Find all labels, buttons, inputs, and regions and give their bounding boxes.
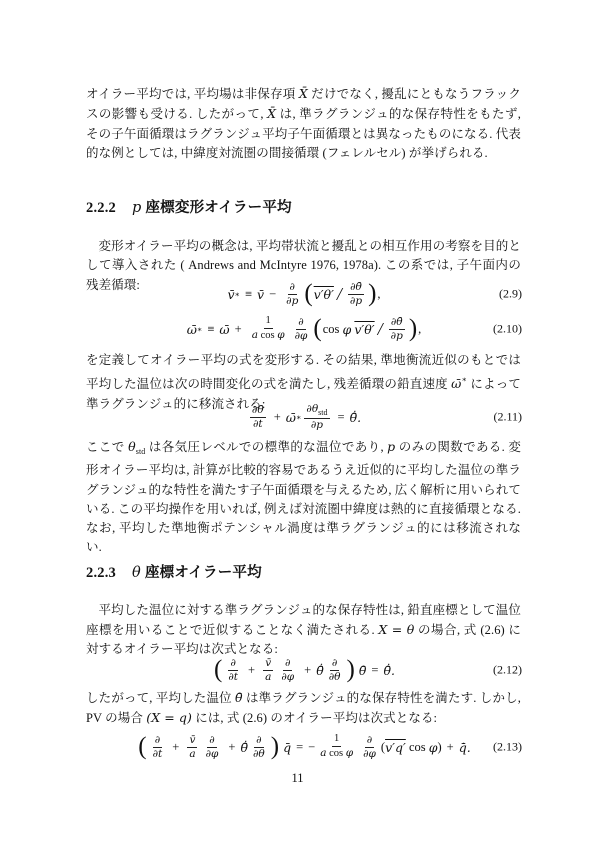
fraction-d-dphi: ∂∂φ: [293, 316, 310, 342]
right-paren: ): [347, 659, 355, 680]
text-run: したがって, 平均した温位: [86, 691, 235, 705]
equation-body: ω̄∗ ≡ ω̄ + 1a cos φ ∂∂φ ( cos φ v′θ′ / ∂…: [187, 315, 422, 342]
equals-sign: =: [371, 663, 378, 678]
math-var-thetabar: θ̄: [359, 663, 367, 678]
numerator: 1: [264, 315, 273, 329]
denominator: ∂θ: [327, 671, 343, 684]
fraction-vbar-a: v̄a: [187, 734, 197, 760]
equation-number: (2.10): [493, 322, 522, 337]
numerator: v̄: [187, 734, 197, 748]
math-var-vbar: v̄: [257, 287, 264, 302]
math-var-p: p: [132, 200, 141, 216]
math-var-thetabar: θ̄: [235, 690, 243, 705]
equiv-sign: ≡: [245, 287, 252, 302]
section-title: 座標変形オイラー平均: [145, 200, 291, 216]
numerator: 1: [332, 733, 341, 747]
math-var-omegabar: ω̄: [187, 322, 197, 337]
section-title: 座標オイラー平均: [145, 565, 262, 581]
numerator: ∂: [207, 734, 216, 748]
denominator: ∂p: [284, 295, 300, 308]
numerator: ∂θ̄: [389, 316, 405, 330]
fraction-d-dphi: ∂∂φ: [361, 734, 378, 760]
paragraph-pv-case: したがって, 平均した温位 θ̄ は準ラグランジュ的な保存特性を満たす. しかし…: [86, 688, 521, 729]
text-run: のみの関数である. 変形オイラー平均は, 計算が比較的容易であるうえ近似的に平均…: [86, 440, 521, 554]
fraction-d-dphi: ∂∂φ: [279, 657, 296, 683]
equation-body: ( ∂∂t + v̄a ∂∂φ + θ̄̇ ∂∂θ ) q̄ = − 1a co…: [137, 733, 470, 760]
superscript-star: ∗: [197, 325, 202, 334]
denominator: ∂p: [348, 295, 364, 308]
math-var-qdot: q̄̇.: [459, 740, 471, 755]
text-run: には, 式 (2.6) のオイラー平均は次式となる:: [192, 711, 437, 725]
fraction-d-dphi: ∂∂φ: [204, 734, 221, 760]
paper-page: オイラー平均では, 平均場は非保存項 X̄ だけでなく, 擾乱にともなうフラック…: [0, 0, 595, 842]
numerator: ∂: [296, 316, 305, 330]
numerator: ∂θ̄: [250, 404, 266, 418]
equation-body: ∂θ̄∂t + ω̄∗ ∂θstd∂p = θ̄̇.: [247, 403, 361, 431]
math-var-phi: φ: [346, 747, 353, 759]
division-slash: /: [337, 286, 342, 302]
text-run: は各気圧レベルでの標準的な温位であり,: [145, 440, 387, 454]
superscript-star: ∗: [235, 290, 240, 299]
right-paren: ): [409, 318, 417, 339]
equals-sign: =: [338, 410, 345, 425]
equation-number: (2.13): [493, 740, 522, 755]
equiv-sign: ≡: [207, 322, 214, 337]
fraction-d-dtheta: ∂∂θ: [251, 734, 267, 760]
division-slash: /: [378, 321, 383, 337]
denominator: ∂φ: [279, 671, 296, 684]
math-var-thetadot: θ̄̇: [316, 663, 324, 678]
plus-sign: +: [304, 663, 311, 678]
plus-sign: +: [274, 410, 281, 425]
math-var-xbar: X̄: [299, 86, 308, 101]
fraction-d-dt: ∂∂t: [151, 734, 165, 760]
fraction-dtheta-dp: ∂θ̄∂p: [389, 316, 405, 342]
plus-sign: +: [235, 322, 242, 337]
eddy-flux-term: v′θ′: [314, 287, 334, 302]
denominator: ∂φ: [204, 748, 221, 761]
math-var-theta: θ: [128, 439, 136, 454]
numerator: ∂: [153, 734, 162, 748]
minus-sign: −: [269, 287, 276, 302]
math-var-a: a: [252, 329, 258, 341]
math-var-vbar: v̄: [227, 287, 234, 302]
math-var-phi: φ: [342, 322, 351, 337]
section-number: 2.2.2: [86, 200, 116, 216]
right-paren: ): [271, 736, 279, 757]
superscript-star: ∗: [296, 413, 301, 422]
math-var-thetadot: θ̄̇.: [350, 410, 362, 425]
left-paren: (: [214, 659, 222, 680]
denominator: ∂t: [251, 418, 265, 431]
equation-2-12: ( ∂∂t + v̄a ∂∂φ + θ̄̇ ∂∂θ ) θ̄ = θ̄̇. (2…: [86, 652, 522, 688]
equation-2-13: ( ∂∂t + v̄a ∂∂φ + θ̄̇ ∂∂θ ) q̄ = − 1a co…: [86, 728, 522, 766]
plus-sign: +: [248, 663, 255, 678]
denominator: ∂φ: [293, 330, 310, 343]
text-run: ここで: [86, 440, 128, 454]
math-var-theta: θ: [132, 565, 141, 581]
equation-2-9: v̄∗ ≡ v̄ − ∂∂p ( v′θ′ / ∂θ̄∂p ) , (2.9): [86, 276, 522, 312]
fraction-dthetastd-dp: ∂θstd∂p: [304, 403, 329, 431]
numerator: v̄: [263, 657, 273, 671]
math-var-xbar: X̄: [267, 106, 276, 121]
minus-sign: −: [308, 740, 315, 755]
math-var-thetadot: θ̄̇.: [383, 663, 395, 678]
fraction-d-dp: ∂∂p: [284, 281, 300, 307]
fraction-one-acosphi: 1a cos φ: [318, 733, 355, 760]
section-number: 2.2.3: [86, 565, 116, 581]
denominator: a cos φ: [250, 329, 287, 343]
denominator: ∂t: [226, 671, 240, 684]
left-paren: (: [138, 736, 146, 757]
math-var-phi: φ: [277, 329, 284, 341]
numerator: ∂: [254, 734, 263, 748]
subscript-std: std: [318, 408, 327, 417]
equation-number: (2.12): [493, 663, 522, 678]
math-expr-x-eq-q: (X = q): [146, 710, 192, 725]
math-var-thetadot: θ̄̇: [240, 740, 248, 755]
fraction-d-dtheta: ∂∂θ: [327, 657, 343, 683]
numerator: ∂θstd: [304, 403, 329, 419]
denominator: ∂p: [309, 419, 325, 432]
math-expr-x-eq-theta: X = θ: [378, 622, 414, 637]
numerator: ∂: [288, 281, 297, 295]
text-run: オイラー平均では, 平均場は非保存項: [86, 87, 299, 101]
paragraph-tem-properties: ここで θstd は各気圧レベルでの標準的な温位であり, p のみの関数である.…: [86, 437, 521, 558]
numerator: ∂: [330, 657, 339, 671]
eddy-flux-term: v′θ′: [354, 322, 374, 337]
subscript-std: std: [136, 447, 146, 456]
eddy-flux-term: v′q′: [385, 740, 406, 755]
equation-number: (2.9): [499, 287, 522, 302]
right-paren: ): [368, 283, 376, 304]
denominator: a cos φ: [318, 747, 355, 761]
left-paren: (: [304, 283, 312, 304]
left-paren: (: [313, 318, 321, 339]
denominator: ∂θ: [251, 748, 267, 761]
math-var-omegabar: ω̄: [286, 410, 296, 425]
paragraph-intro: オイラー平均では, 平均場は非保存項 X̄ だけでなく, 擾乱にともなうフラック…: [86, 84, 521, 163]
denominator: ∂p: [389, 330, 405, 343]
equation-body: v̄∗ ≡ v̄ − ∂∂p ( v′θ′ / ∂θ̄∂p ) ,: [227, 281, 380, 307]
numerator: ∂θ̄: [348, 281, 364, 295]
section-heading-2-2-2: 2.2.2p座標変形オイラー平均: [86, 196, 292, 217]
paragraph-theta-coord: 平均した温位に対する準ラグランジュ的な保存特性は, 鉛直座標として温位座標を用い…: [86, 601, 521, 659]
math-var-omegabar: ω̄: [219, 322, 229, 337]
section-heading-2-2-3: 2.2.3θ座標オイラー平均: [86, 561, 262, 582]
denominator: ∂t: [151, 748, 165, 761]
math-var-dtheta: ∂θ: [306, 403, 318, 415]
cos-function: cos: [329, 748, 343, 759]
denominator: ∂φ: [361, 748, 378, 761]
fraction-vbar-a: v̄a: [263, 657, 273, 683]
math-var-phi: φ: [429, 740, 438, 755]
cos-function: cos: [261, 330, 275, 341]
numerator: ∂: [283, 657, 292, 671]
fraction-dthetabar-dt: ∂θ̄∂t: [250, 404, 266, 430]
fraction-one-acosphi: 1a cos φ: [250, 315, 287, 342]
right-paren-small: ): [438, 740, 442, 755]
cos-function: cos: [409, 740, 426, 755]
math-var-qbar: q̄: [283, 740, 291, 755]
plus-sign: +: [447, 740, 454, 755]
page-number: 11: [0, 771, 595, 786]
equation-body: ( ∂∂t + v̄a ∂∂φ + θ̄̇ ∂∂θ ) θ̄ = θ̄̇.: [213, 657, 395, 683]
equals-sign: =: [296, 740, 303, 755]
denominator: a: [263, 671, 273, 684]
math-var-omegabar: ω̄: [451, 376, 461, 391]
denominator: a: [187, 748, 197, 761]
plus-sign: +: [228, 740, 235, 755]
numerator: ∂: [365, 734, 374, 748]
equation-number: (2.11): [493, 410, 522, 425]
fraction-d-dt: ∂∂t: [226, 657, 240, 683]
comma: ,: [377, 287, 380, 302]
equation-2-10: ω̄∗ ≡ ω̄ + 1a cos φ ∂∂φ ( cos φ v′θ′ / ∂…: [86, 309, 522, 349]
plus-sign: +: [172, 740, 179, 755]
comma: ,: [418, 322, 421, 337]
numerator: ∂: [228, 657, 237, 671]
math-var-a: a: [320, 747, 326, 759]
fraction-dtheta-dp: ∂θ̄∂p: [348, 281, 364, 307]
equation-2-11: ∂θ̄∂t + ω̄∗ ∂θstd∂p = θ̄̇. (2.11): [86, 399, 522, 435]
cos-function: cos: [323, 322, 340, 337]
